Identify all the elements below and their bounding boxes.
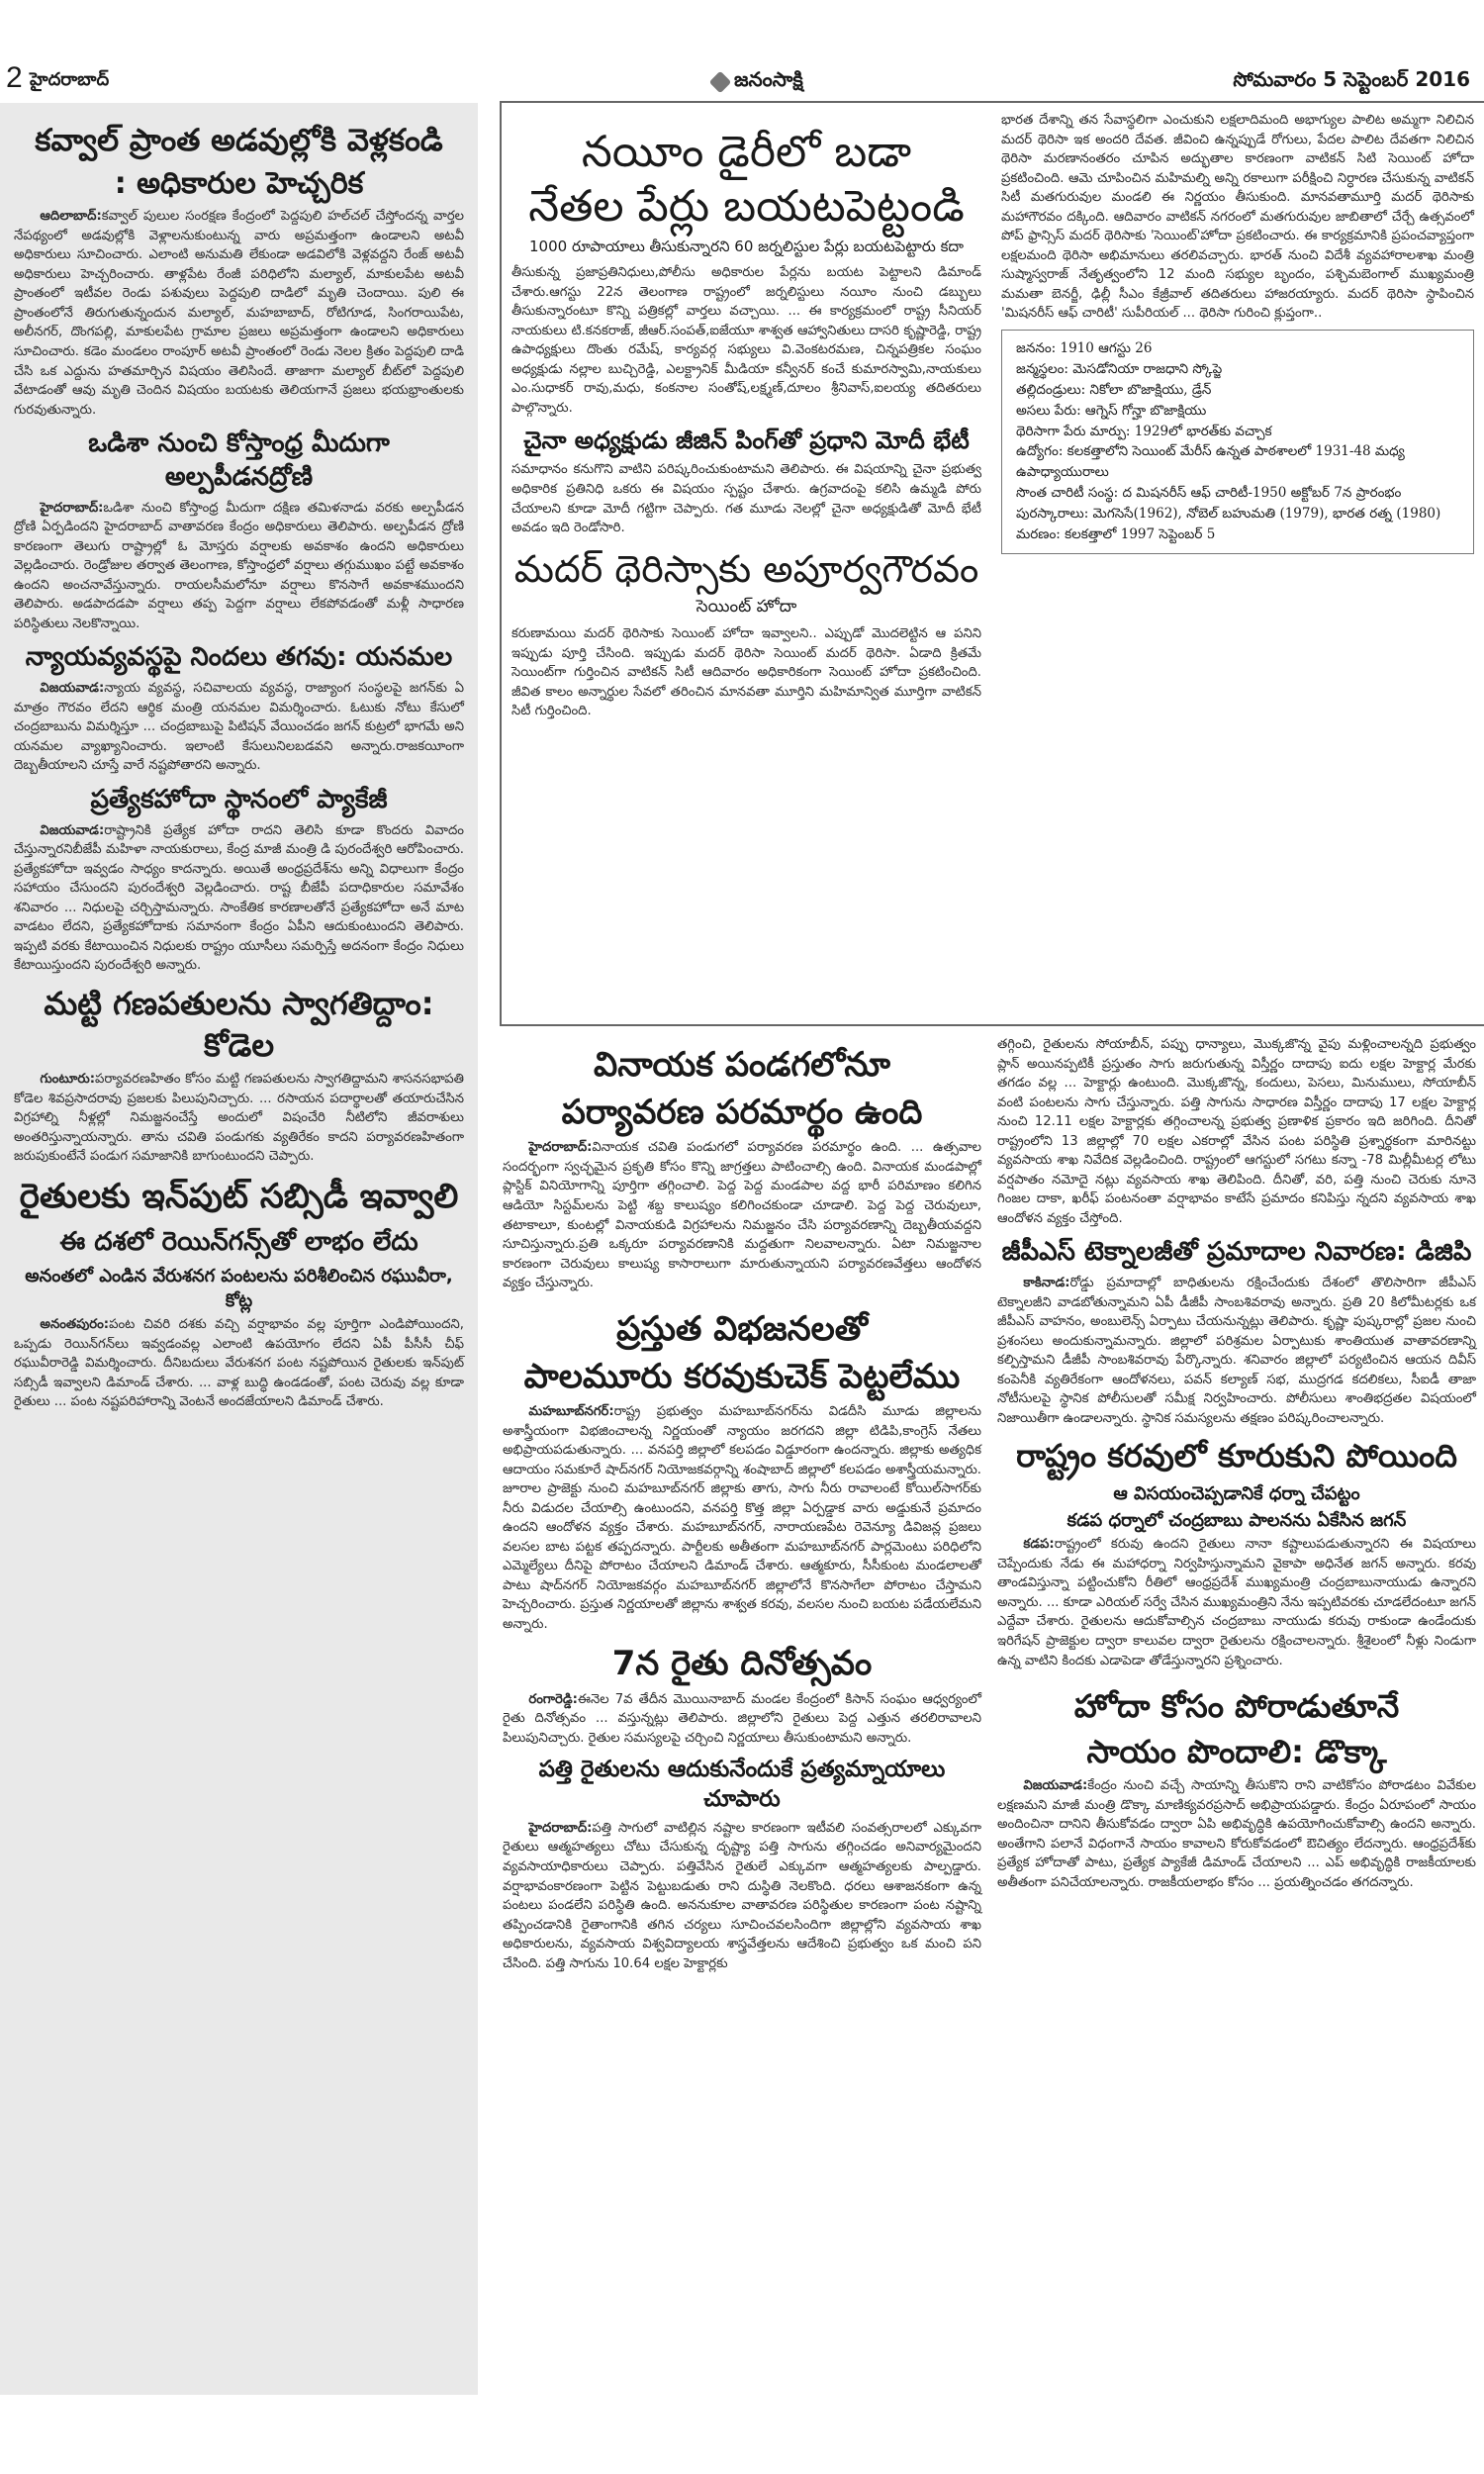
masthead: 2 హైదరాబాద్ జనంసాక్షి సోమవారం 5 సెప్టెంబ… [0,61,1484,97]
fact-birth: జననం: 1910 ఆగస్టు 26 [1016,338,1459,359]
fact-name-change: థెరిసాగా పేరు మార్పు: 1929లో భారత్‌కు వచ… [1016,422,1459,442]
teresa-facts-box: జననం: 1910 ఆగస్టు 26 జన్మస్థలం: మెసడోనియ… [1001,330,1474,554]
middle-column: వినాయక పండగలోనూ పర్యావరణ పరమార్థం ఉంది హ… [495,1029,989,2395]
article-body: విజయవాడ:కేంద్రం నుంచి వచ్చే సాయాన్ని తీస… [997,1776,1476,1892]
article-cotton-farmers: పత్తి రైతులను ఆదుకునేందుకే ప్రత్యమ్నాయాల… [503,1756,981,1973]
article-farmer-day: 7న రైతు దినోత్సవం రంగారెడ్డి:ఈనెల 7వ తేద… [503,1642,981,1748]
china-headline: చైనా అధ్యక్షుడు జీజిన్ పింగ్‌తో ప్రధాని … [511,426,981,456]
right-column: తగ్గించి, రైతులను సోయాబీన్, పప్పు ధాన్యా… [989,1029,1484,2395]
fact-real-name: అసలు పేరు: ఆగ్నెస్ గోన్హా బొజాక్షియు [1016,401,1459,422]
lead-headline-line1: నయీం డైరీలో బడా [511,125,981,179]
subheadline-2: కడప ధర్నాలో చంద్రబాబు పాలనను ఏకేసిన జగన్ [997,1508,1476,1533]
article-gps-dgp: జీపీఎస్ టెక్నాలజీతో ప్రమాదాల నివారణ: డిజ… [997,1236,1476,1428]
headline: జీపీఎస్ టెక్నాలజీతో ప్రమాదాల నివారణ: డిజ… [997,1236,1476,1270]
lead-story-right: భారత దేశాన్ని తన సేవాస్థలిగా ఎంచుకుని లక… [991,103,1484,1024]
article-palamuru: ప్రస్తుత విభజనలతో పాలమూరు కరవుకుచెక్ పెట… [503,1307,981,1635]
newspaper-name: జనంసాక్షి [734,67,803,96]
article-body: ఆదిలాబాద్:కవ్వాల్ పులుల సంరక్షణ కేంద్రంల… [14,207,464,420]
article-body: అనంతపురం:పంట చివరి దశకు వచ్చి వర్షాభావం … [14,1315,464,1412]
lead-headline-line2: నేతల పేర్లు బయటపెట్టండి [511,179,981,234]
article-body: విజయవాడ:రాష్ట్రానికి ప్రత్యేక హోదా రాదని… [14,821,464,976]
article-special-package: ప్రత్యేకహోదా స్థానంలో ప్యాకేజీ విజయవాడ:ర… [14,784,464,976]
article-body: మహబూబ్‌నగర్:రాష్ట్ర ప్రభుత్వం మహబూబ్‌నగర… [503,1402,981,1634]
fact-job: ఉద్యోగం: కలకత్తాలోని సెయింట్ మేరీస్ ఉన్న… [1016,441,1459,483]
article-yanamala: న్యాయవ్యవస్థపై నిందలు తగవు: యనమల విజయవాడ… [14,641,464,775]
headline: ప్రత్యేకహోదా స్థానంలో ప్యాకేజీ [14,784,464,817]
article-body: గుంటూరు:పర్యావరణహితం కోసం మట్టి గణపతులను… [14,1070,464,1167]
headline-line2: పర్యావరణ పరమార్థం ఉంది [503,1091,981,1134]
lead-story-box: నయీం డైరీలో బడా నేతల పేర్లు బయటపెట్టండి … [500,101,1484,1026]
fact-birthplace: జన్మస్థలం: మెసడోనియా రాజధాని స్కోప్జె [1016,359,1459,380]
article-cotton-continued: తగ్గించి, రైతులను సోయాబీన్, పప్పు ధాన్యా… [997,1035,1476,1228]
fact-death: మరణం: కలకత్తాలో 1997 సెప్టెంబర్ 5 [1016,524,1459,545]
teresa-headline: మదర్ థెరిస్సాకు అపూర్వగౌరవం [511,546,981,594]
kicker: అనంతలో ఎండిన వేరుశనగ పంటలను పరిశీలించిన … [14,1264,464,1313]
lead-deck: 1000 రూపాయాలు తీసుకున్నారని 60 జర్నలిస్ట… [511,238,981,259]
article-body: రంగారెడ్డి:ఈనెల 7వ తేదీన మొయినాబాద్ మండల… [503,1690,981,1749]
article-body: కడప:రాష్ట్రంలో కరువు ఉందని రైతులు నానా క… [997,1535,1476,1670]
fact-awards: పురస్కారాలు: మెగసెసే(1962), నోబెల్ బహుమత… [1016,504,1459,524]
headline: 7న రైతు దినోత్సవం [503,1642,981,1685]
headline-line1: హోదా కోసం పోరాడుతూనే [997,1686,1476,1728]
article-kawal-forest: కవ్వాల్ ప్రాంత అడవుల్లోకి వెళ్లకండి : అధ… [14,121,464,420]
subheadline-1: ఆ విసయంచెప్పడానికే ధర్నా చేపట్టం [997,1481,1476,1506]
headline: రాష్ట్రం కరవులో కూరుకుని పోయింది [997,1436,1476,1477]
article-input-subsidy: రైతులకు ఇన్‌పుట్ సబ్సిడీ ఇవ్వాలి ఈ దశలో … [14,1175,464,1412]
subheadline: : అధికారుల హెచ్చరిక [14,164,464,203]
article-body: విజయవాడ:న్యాయ వ్యవస్థ, సచివాలయ వ్యవస్థ, … [14,679,464,776]
teresa-detail-body: భారత దేశాన్ని తన సేవాస్థలిగా ఎంచుకుని లక… [1001,111,1474,324]
page-number: 2 [6,61,23,95]
edition-city: హైదరాబాద్ [30,69,109,94]
fact-charity: సొంత చారిటీ సంస్థ: ద మిషనరీస్ ఆఫ్ చారిటీ… [1016,483,1459,504]
headline: రైతులకు ఇన్‌పుట్ సబ్సిడీ ఇవ్వాలి [14,1175,464,1218]
headline-line2: సాయం పొందాలి: డొక్కా [997,1732,1476,1773]
article-drought-jagan: రాష్ట్రం కరవులో కూరుకుని పోయింది ఆ విసయం… [997,1436,1476,1670]
headline: మట్టి గణపతులను స్వాగతిద్దాం: కోడెల [14,984,464,1066]
headline: కవ్వాల్ ప్రాంత అడవుల్లోకి వెళ్లకండి [14,121,464,160]
article-dokka: హోదా కోసం పోరాడుతూనే సాయం పొందాలి: డొక్క… [997,1686,1476,1892]
headline: న్యాయవ్యవస్థపై నిందలు తగవు: యనమల [14,641,464,675]
left-column: కవ్వాల్ ప్రాంత అడవుల్లోకి వెళ్లకండి : అధ… [0,103,478,2395]
article-body: తగ్గించి, రైతులను సోయాబీన్, పప్పు ధాన్యా… [997,1035,1476,1228]
article-body: హైదరాబాద్:ఒడిశా నుంచి కోస్తాంధ్ర మీదుగా … [14,499,464,634]
article-body: హైదరాబాద్:వినాయక చవితి పండుగలో పర్యావరణ … [503,1138,981,1292]
headline: పత్తి రైతులను ఆదుకునేందుకే ప్రత్యమ్నాయాల… [503,1756,981,1815]
lead-story-left: నయీం డైరీలో బడా నేతల పేర్లు బయటపెట్టండి … [502,103,991,1024]
teresa-body: కరుణామయి మదర్ థెరిసాకు సెయింట్ హోదా ఇవ్వ… [511,624,981,721]
issue-date: సోమవారం 5 సెప్టెంబర్ 2016 [1233,67,1470,96]
teresa-subheadline: సెయింట్ హోదా [511,597,981,620]
article-body: కాకినాడ:రోడ్డు ప్రమాదాల్లో బాధితులను రక్… [997,1274,1476,1428]
headline-line1: ప్రస్తుత విభజనలతో [503,1307,981,1351]
headline-line2: పాలమూరు కరవుకుచెక్ పెట్టలేము [503,1355,981,1398]
subheadline: ఈ దశలో రెయిన్‌గన్స్‌తో లాభం లేదు [14,1226,464,1260]
article-vinayaka-environment: వినాయక పండగలోనూ పర్యావరణ పరమార్థం ఉంది హ… [503,1043,981,1293]
logo-emblem-icon [709,70,732,93]
newspaper-logo: జనంసాక్షి [712,67,803,96]
article-odisha-trough: ఒడిశా నుంచి కోస్తాంధ్ర మీదుగా అల్పపీడనద్… [14,428,464,633]
article-body: హైదరాబాద్:పత్తి సాగులో వాటిల్లిన నష్టాల … [503,1819,981,1973]
headline: ఒడిశా నుంచి కోస్తాంధ్ర మీదుగా అల్పపీడనద్… [14,428,464,495]
headline-line1: వినాయక పండగలోనూ [503,1043,981,1087]
china-body: సమాధానం కనుగొని వాటిని పరిష్కరించుకుంటామ… [511,460,981,537]
article-clay-ganesha: మట్టి గణపతులను స్వాగతిద్దాం: కోడెల గుంటూ… [14,984,464,1167]
lead-body: తీసుకున్న ప్రజాప్రతినిధులు,పోలీసు అధికార… [511,263,981,418]
fact-parents: తల్లిదండ్రులు: నికోలా బొజాక్షియు, డ్రేన్ [1016,380,1459,401]
